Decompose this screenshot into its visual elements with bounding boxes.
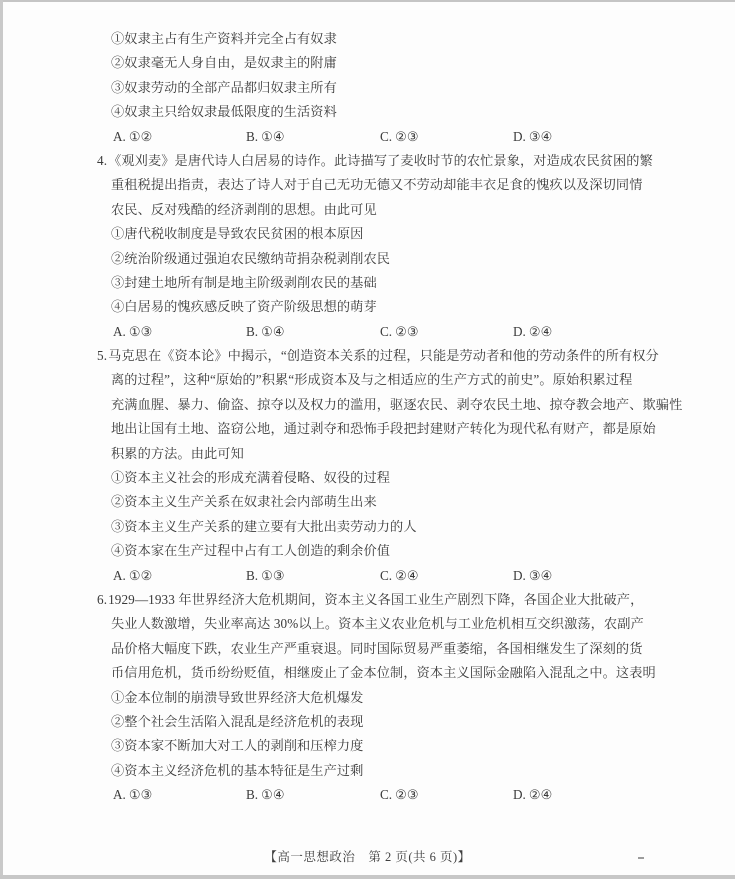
choice-line: ③资本家不断加大对工人的剥削和压榨力度 bbox=[97, 734, 657, 758]
page-edge-bottom bbox=[0, 875, 735, 879]
option-label: A. bbox=[113, 568, 126, 583]
choice-line: ④资本主义经济危机的基本特征是生产过剩 bbox=[97, 759, 657, 783]
option-b: B.①④ bbox=[246, 783, 380, 807]
option-a: A.①③ bbox=[113, 783, 246, 807]
option-value: ②③ bbox=[395, 324, 419, 339]
choice-line: ①资本主义社会的形成充满着侵略、奴役的过程 bbox=[97, 466, 657, 490]
choice-line: ②统治阶级通过强迫农民缴纳苛捐杂税剥削农民 bbox=[97, 247, 657, 271]
option-label: D. bbox=[513, 129, 526, 144]
option-label: D. bbox=[513, 324, 526, 339]
question-stem-line: 充满血腥、暴力、偷盗、掠夺以及权力的滥用，驱逐农民、剥夺农民土地、掠夺教会地产、… bbox=[97, 393, 657, 417]
question-stem-line: 离的过程”，这种“原始的”积累“形成资本及与之相适应的生产方式的前史”。原始积累… bbox=[97, 368, 657, 392]
question-5: 5.马克思在《资本论》中揭示，“创造资本关系的过程，只能是劳动者和他的劳动条件的… bbox=[97, 344, 657, 588]
question-3-tail: ①奴隶主占有生产资料并完全占有奴隶 ②奴隶毫无人身自由，是奴隶主的附庸 ③奴隶劳… bbox=[97, 27, 657, 149]
option-value: ②④ bbox=[529, 324, 553, 339]
choice-line: ②整个社会生活陷入混乱是经济危机的表现 bbox=[97, 710, 657, 734]
option-label: D. bbox=[513, 568, 526, 583]
options-row: A.①③ B.①④ C.②③ D.②④ bbox=[97, 783, 657, 807]
question-6: 6.1929—1933 年世界经济大危机期间，资本主义各国工业生产剧烈下降，各国… bbox=[97, 588, 657, 808]
option-label: B. bbox=[246, 787, 258, 802]
question-number: 4. bbox=[97, 153, 108, 168]
question-stem-line: 5.马克思在《资本论》中揭示，“创造资本关系的过程，只能是劳动者和他的劳动条件的… bbox=[97, 344, 657, 368]
option-c: C.②③ bbox=[380, 320, 513, 344]
choice-line: ①金本位制的崩溃导致世界经济大危机爆发 bbox=[97, 686, 657, 710]
option-label: A. bbox=[113, 324, 126, 339]
option-b: B.①④ bbox=[246, 320, 380, 344]
option-d: D.③④ bbox=[513, 564, 657, 588]
question-stem-line: 失业人数激增，失业率高达 30%以上。资本主义农业危机与工业危机相互交织激荡，农… bbox=[97, 612, 657, 636]
option-d: D.②④ bbox=[513, 320, 657, 344]
option-c: C.②③ bbox=[380, 125, 513, 149]
choice-line: ③资本主义生产关系的建立要有大批出卖劳动力的人 bbox=[97, 515, 657, 539]
stem-text: 《观刈麦》是唐代诗人白居易的诗作。此诗描写了麦收时节的农忙景象，对造成农民贫困的… bbox=[108, 153, 653, 168]
stem-text: 马克思在《资本论》中揭示，“创造资本关系的过程，只能是劳动者和他的劳动条件的所有… bbox=[108, 348, 659, 363]
option-value: ①② bbox=[129, 129, 153, 144]
option-value: ①③ bbox=[261, 568, 285, 583]
option-value: ②③ bbox=[395, 787, 419, 802]
choice-line: ③封建土地所有制是地主阶级剥削农民的基础 bbox=[97, 271, 657, 295]
question-stem-line: 积累的方法。由此可知 bbox=[97, 442, 657, 466]
options-row: A.①② B.①④ C.②③ D.③④ bbox=[97, 125, 657, 149]
option-label: B. bbox=[246, 568, 258, 583]
options-row: A.①③ B.①④ C.②③ D.②④ bbox=[97, 320, 657, 344]
stem-text: 1929—1933 年世界经济大危机期间，资本主义各国工业生产剧烈下降，各国企业… bbox=[108, 592, 643, 607]
choice-line: ②奴隶毫无人身自由，是奴隶主的附庸 bbox=[97, 51, 657, 75]
scan-artifact bbox=[638, 857, 644, 859]
option-label: B. bbox=[246, 129, 258, 144]
option-c: C.②③ bbox=[380, 783, 513, 807]
option-value: ①② bbox=[129, 568, 153, 583]
page-edge-top bbox=[0, 0, 735, 2]
exam-content: ①奴隶主占有生产资料并完全占有奴隶 ②奴隶毫无人身自由，是奴隶主的附庸 ③奴隶劳… bbox=[97, 27, 657, 808]
question-4: 4.《观刈麦》是唐代诗人白居易的诗作。此诗描写了麦收时节的农忙景象，对造成农民贫… bbox=[97, 149, 657, 344]
choice-line: ④奴隶主只给奴隶最低限度的生活资料 bbox=[97, 100, 657, 124]
page-edge-left bbox=[0, 0, 3, 879]
question-number: 5. bbox=[97, 348, 108, 363]
option-c: C.②④ bbox=[380, 564, 513, 588]
option-value: ①③ bbox=[129, 787, 153, 802]
choice-line: ④资本家在生产过程中占有工人创造的剩余价值 bbox=[97, 539, 657, 563]
choice-line: ①唐代税收制度是导致农民贫困的根本原因 bbox=[97, 222, 657, 246]
exam-page: ①奴隶主占有生产资料并完全占有奴隶 ②奴隶毫无人身自由，是奴隶主的附庸 ③奴隶劳… bbox=[0, 0, 735, 879]
option-label: C. bbox=[380, 568, 392, 583]
question-stem-line: 6.1929—1933 年世界经济大危机期间，资本主义各国工业生产剧烈下降，各国… bbox=[97, 588, 657, 612]
option-label: A. bbox=[113, 787, 126, 802]
page-footer: 【高一思想政治 第 2 页(共 6 页)】 bbox=[0, 847, 735, 865]
option-value: ①③ bbox=[129, 324, 153, 339]
option-a: A.①② bbox=[113, 564, 246, 588]
option-a: A.①② bbox=[113, 125, 246, 149]
choice-line: ④白居易的愧疚感反映了资产阶级思想的萌芽 bbox=[97, 295, 657, 319]
option-label: C. bbox=[380, 129, 392, 144]
question-stem-line: 重租税提出指责，表达了诗人对于自己无功无德又不劳动却能丰衣足食的愧疚以及深切同情 bbox=[97, 173, 657, 197]
option-value: ③④ bbox=[529, 129, 553, 144]
question-stem-line: 地出让国有土地、盗窃公地，通过剥夺和恐怖手段把封建财产转化为现代私有财产，都是原… bbox=[97, 417, 657, 441]
option-value: ①④ bbox=[261, 129, 285, 144]
option-a: A.①③ bbox=[113, 320, 246, 344]
option-value: ②④ bbox=[395, 568, 419, 583]
question-stem-line: 品价格大幅度下跌，农业生产严重衰退。同时国际贸易严重萎缩，各国相继发生了深刻的货 bbox=[97, 637, 657, 661]
option-d: D.③④ bbox=[513, 125, 657, 149]
options-row: A.①② B.①③ C.②④ D.③④ bbox=[97, 564, 657, 588]
option-label: C. bbox=[380, 324, 392, 339]
question-stem-line: 农民、反对残酷的经济剥削的思想。由此可见 bbox=[97, 198, 657, 222]
option-label: D. bbox=[513, 787, 526, 802]
option-label: A. bbox=[113, 129, 126, 144]
choice-line: ③奴隶劳动的全部产品都归奴隶主所有 bbox=[97, 76, 657, 100]
option-b: B.①④ bbox=[246, 125, 380, 149]
option-value: ②④ bbox=[529, 787, 553, 802]
option-value: ②③ bbox=[395, 129, 419, 144]
choice-line: ①奴隶主占有生产资料并完全占有奴隶 bbox=[97, 27, 657, 51]
option-label: B. bbox=[246, 324, 258, 339]
option-b: B.①③ bbox=[246, 564, 380, 588]
option-label: C. bbox=[380, 787, 392, 802]
question-stem-line: 4.《观刈麦》是唐代诗人白居易的诗作。此诗描写了麦收时节的农忙景象，对造成农民贫… bbox=[97, 149, 657, 173]
option-d: D.②④ bbox=[513, 783, 657, 807]
choice-line: ②资本主义生产关系在奴隶社会内部萌生出来 bbox=[97, 490, 657, 514]
question-stem-line: 币信用危机，货币纷纷贬值，相继废止了金本位制，资本主义国际金融陷入混乱之中。这表… bbox=[97, 661, 657, 685]
question-number: 6. bbox=[97, 592, 108, 607]
option-value: ①④ bbox=[261, 787, 285, 802]
option-value: ③④ bbox=[529, 568, 553, 583]
option-value: ①④ bbox=[261, 324, 285, 339]
